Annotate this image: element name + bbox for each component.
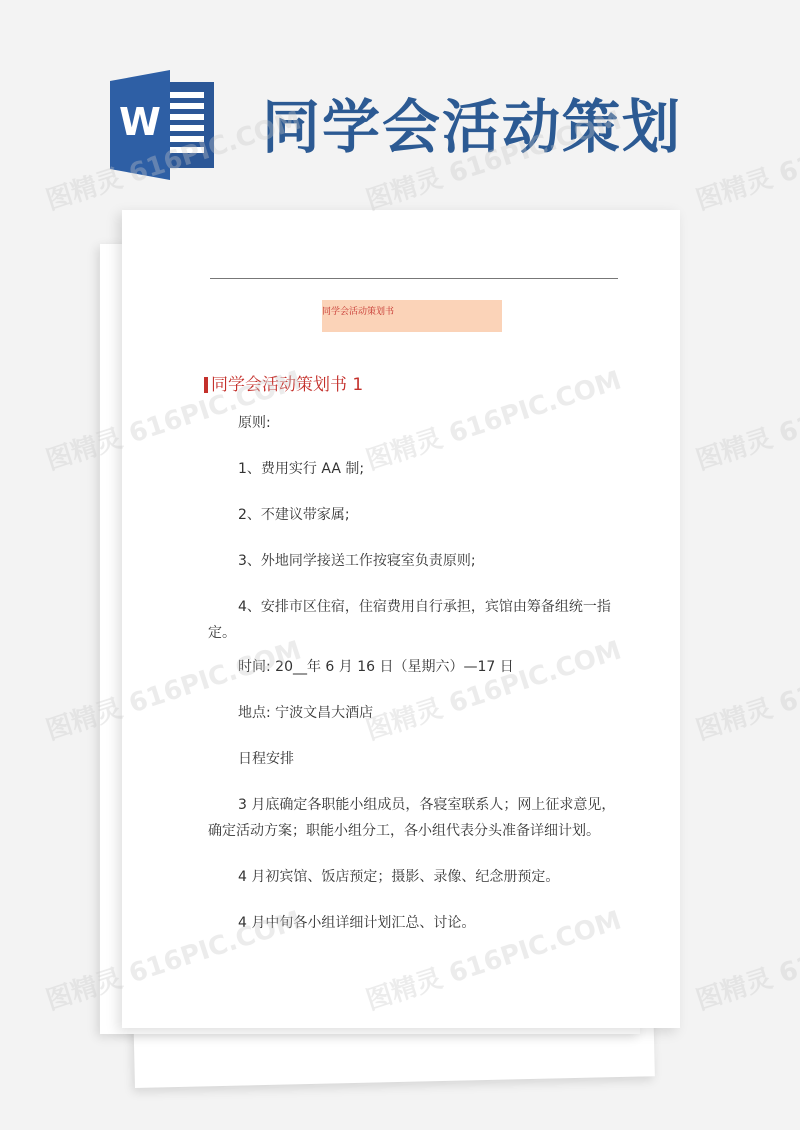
watermark: 图精灵 616PIC.COM: [691, 630, 800, 747]
logo-letter: W: [116, 100, 164, 144]
word-logo-icon: W: [110, 70, 214, 180]
heading-text: 同学会活动策划书 1: [211, 375, 363, 395]
watermark: 图精灵 616PIC.COM: [691, 360, 800, 477]
paragraph: 地点: 宁波文昌大酒店: [208, 700, 620, 726]
document-banner: 同学会活动策划书: [322, 300, 502, 332]
paragraph: 4 月初宾馆、饭店预定；摄影、录像、纪念册预定。: [208, 864, 620, 890]
document-page: 同学会活动策划书 同学会活动策划书 1 原则: 1、费用实行 AA 制; 2、不…: [122, 210, 680, 1028]
header-rule: [210, 278, 618, 279]
paragraph: 原则:: [208, 410, 620, 436]
paragraph: 3、外地同学接送工作按寝室负责原则;: [208, 548, 620, 574]
paragraph: 4、安排市区住宿，住宿费用自行承担，宾馆由筹备组统一指定。: [208, 594, 620, 646]
paragraph: 3 月底确定各职能小组成员，各寝室联系人；网上征求意见，确定活动方案；职能小组分…: [208, 792, 620, 844]
paragraph: 1、费用实行 AA 制;: [208, 456, 620, 482]
document-body: 原则: 1、费用实行 AA 制; 2、不建议带家属; 3、外地同学接送工作按寝室…: [208, 410, 620, 936]
heading-marker-icon: [204, 377, 208, 393]
page-title: 同学会活动策划: [262, 80, 682, 164]
paragraph: 日程安排: [208, 746, 620, 772]
section-heading: 同学会活动策划书 1: [204, 370, 363, 395]
paragraph: 4 月中旬各小组详细计划汇总、讨论。: [208, 910, 620, 936]
header: W 同学会活动策划: [0, 0, 800, 200]
paragraph: 时间: 20__年 6 月 16 日（星期六）—17 日: [208, 654, 620, 680]
paragraph: 2、不建议带家属;: [208, 502, 620, 528]
watermark: 图精灵 616PIC.COM: [691, 900, 800, 1017]
